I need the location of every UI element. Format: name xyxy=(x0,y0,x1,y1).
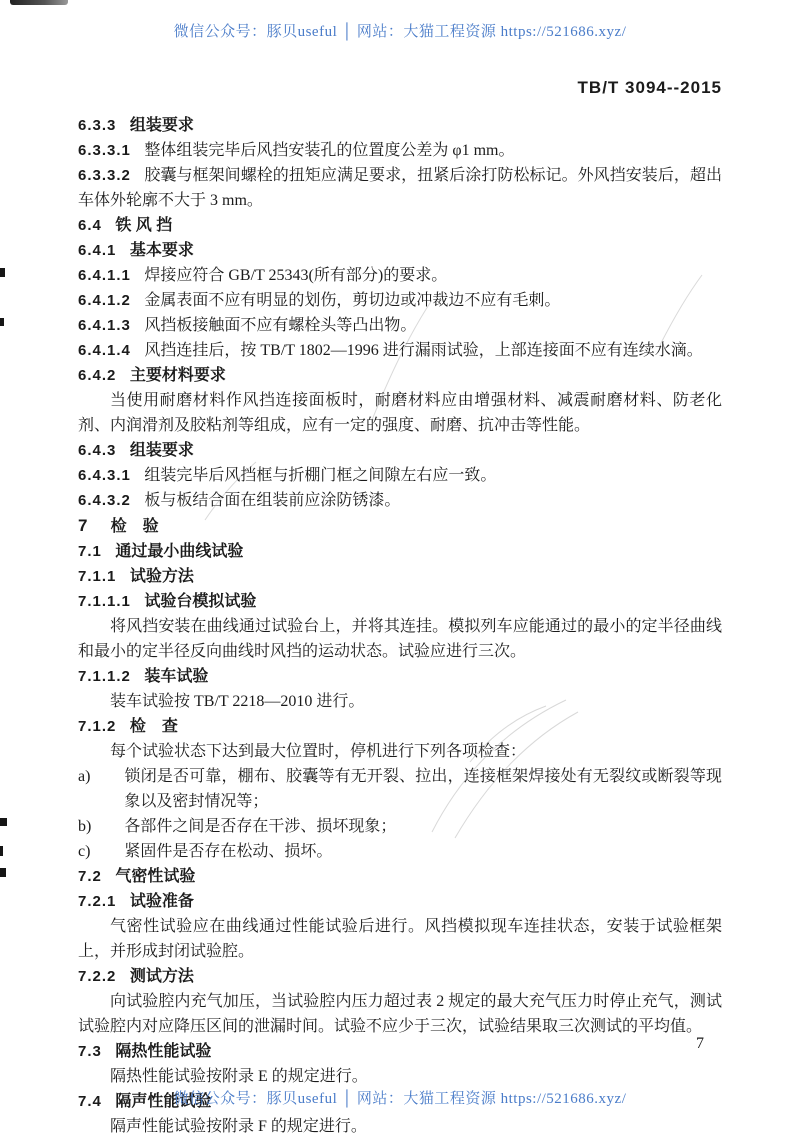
doc-line-7.1.1.2: 7.1.1.2装车试验 xyxy=(78,664,722,689)
watermark-bottom: 微信公众号：豚贝useful │ 网站：大猫工程资源 https://52168… xyxy=(0,1087,800,1108)
scan-edge-mark xyxy=(0,868,6,877)
doc-line-a): a)锁闭是否可靠，棚布、胶囊等有无开裂、拉出，连接框架焊接处有无裂纹或断裂等现象… xyxy=(78,764,722,814)
doc-line-para: 向试验腔内充气加压，当试验腔内压力超过表 2 规定的最大充气压力时停止充气，测试… xyxy=(78,989,722,1039)
doc-line-6.4.3: 6.4.3组装要求 xyxy=(78,438,722,463)
doc-line-7.1: 7.1通过最小曲线试验 xyxy=(78,539,722,564)
doc-line-7.1.1.1: 7.1.1.1试验台模拟试验 xyxy=(78,589,722,614)
scan-edge-mark xyxy=(0,818,7,826)
doc-line-6.4.1.4: 6.4.1.4风挡连挂后，按 TB/T 1802—1996 进行漏雨试验，上部连… xyxy=(78,338,722,363)
doc-line-6.4.1.3: 6.4.1.3风挡板接触面不应有螺栓头等凸出物。 xyxy=(78,313,722,338)
doc-line-7.2.2: 7.2.2测试方法 xyxy=(78,964,722,989)
doc-line-para: 气密性试验应在曲线通过性能试验后进行。风挡模拟现车连挂状态，安装于试验框架上，并… xyxy=(78,914,722,964)
doc-line-7.3: 7.3隔热性能试验 xyxy=(78,1039,722,1064)
document-page: 微信公众号：豚贝useful │ 网站：大猫工程资源 https://52168… xyxy=(0,0,800,1136)
doc-line-c): c)紧固件是否存在松动、损坏。 xyxy=(78,839,722,864)
doc-line-6.4.2: 6.4.2主要材料要求 xyxy=(78,363,722,388)
doc-line-7.2: 7.2气密性试验 xyxy=(78,864,722,889)
doc-line-b): b)各部件之间是否存在干涉、损坏现象； xyxy=(78,814,722,839)
document-body: 6.3.3组装要求6.3.3.1整体组装完毕后风挡安装孔的位置度公差为 φ1 m… xyxy=(78,113,722,1136)
doc-line-6.4.1: 6.4.1基本要求 xyxy=(78,238,722,263)
standard-number: TB/T 3094--2015 xyxy=(578,78,722,98)
doc-line-6.4: 6.4铁 风 挡 xyxy=(78,213,722,238)
doc-line-6.4.3.1: 6.4.3.1组装完毕后风挡框与折棚门框之间隙左右应一致。 xyxy=(78,463,722,488)
doc-line-para: 当使用耐磨材料作风挡连接面板时，耐磨材料应由增强材料、减震耐磨材料、防老化剂、内… xyxy=(78,388,722,438)
doc-line-7.1.1: 7.1.1试验方法 xyxy=(78,564,722,589)
doc-line-6.3.3: 6.3.3组装要求 xyxy=(78,113,722,138)
doc-line-para: 每个试验状态下达到最大位置时，停机进行下列各项检查： xyxy=(78,739,722,764)
doc-line-para: 隔声性能试验按附录 F 的规定进行。 xyxy=(78,1114,722,1136)
doc-line-6.4.1.2: 6.4.1.2金属表面不应有明显的划伤，剪切边或冲裁边不应有毛刺。 xyxy=(78,288,722,313)
doc-line-7.1.2: 7.1.2检 查 xyxy=(78,714,722,739)
doc-line-para: 将风挡安装在曲线通过试验台上，并将其连挂。模拟列车应能通过的最小的定半径曲线和最… xyxy=(78,614,722,664)
watermark-top: 微信公众号：豚贝useful │ 网站：大猫工程资源 https://52168… xyxy=(0,20,800,41)
scan-edge-mark xyxy=(0,318,4,326)
scan-edge-mark xyxy=(0,268,5,277)
doc-line-6.4.1.1: 6.4.1.1焊接应符合 GB/T 25343(所有部分)的要求。 xyxy=(78,263,722,288)
doc-line-6.3.3.2: 6.3.3.2胶囊与框架间螺栓的扭矩应满足要求，扭紧后涂打防松标记。外风挡安装后… xyxy=(78,163,722,213)
page-number: 7 xyxy=(696,1034,704,1054)
doc-line-para: 隔热性能试验按附录 E 的规定进行。 xyxy=(78,1064,722,1089)
doc-line-7.2.1: 7.2.1试验准备 xyxy=(78,889,722,914)
doc-line-6.3.3.1: 6.3.3.1整体组装完毕后风挡安装孔的位置度公差为 φ1 mm。 xyxy=(78,138,722,163)
scan-smudge-top-left xyxy=(10,0,68,5)
doc-line-6.4.3.2: 6.4.3.2板与板结合面在组装前应涂防锈漆。 xyxy=(78,488,722,513)
doc-line-7: 7检 验 xyxy=(78,513,722,539)
doc-line-para: 装车试验按 TB/T 2218—2010 进行。 xyxy=(78,689,722,714)
scan-edge-mark xyxy=(0,846,3,856)
